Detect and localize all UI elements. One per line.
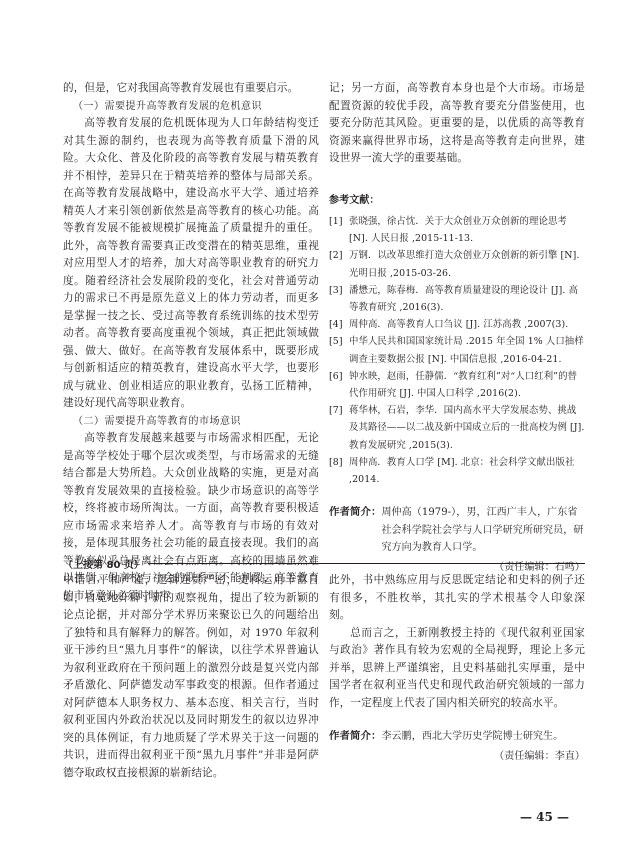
reference-item: [7]蒋华林，石岩，李华．国内高水平大学发展态势、挑战及其路径——以二战及新中国… bbox=[329, 402, 585, 454]
page-number: — 45 — bbox=[520, 810, 569, 824]
horizontal-rule bbox=[148, 563, 585, 564]
references-list: [1]张晓强，徐占忱．关于大众创业万众创新的理论思考 [N]. 人民日报 ,20… bbox=[329, 213, 585, 488]
body-paragraph: 高等教育发展的危机既体现为人口年龄结构变迁对其生源的制约，也表现为高等教育质量下… bbox=[63, 115, 319, 413]
reference-text: 万钢．以改革思维打造大众创业万众创新的新引擎 [N]. 光明日报 ,2015-0… bbox=[349, 250, 579, 278]
top-left-column: 的，但是，它对我国高等教育发展也有重要启示。 （一）需要提升高等教育发展的危机意… bbox=[63, 80, 319, 605]
responsible-editor: （责任编辑：李直） bbox=[329, 748, 585, 766]
reference-text: 蒋华林，石岩，李华．国内高水平大学发展态势、挑战及其路径——以二战及新中国成立后… bbox=[349, 405, 584, 450]
top-right-column: 记；另一方面，高等教育本身也是个大市场。市场是配置资源的较优手段，高等教育要充分… bbox=[329, 80, 585, 576]
reference-item: [5]中华人民共和国国家统计局 .2015 年全国 1% 人口抽样调查主要数据公… bbox=[329, 333, 585, 367]
section-subheading-crisis-awareness: （一）需要提升高等教育发展的危机意识 bbox=[63, 98, 319, 116]
reference-number: [3] bbox=[329, 282, 349, 299]
author-bio: 作者简介： 周仲高（1979-），男，江西广丰人，广东省社会科学院社会学与人口学… bbox=[329, 504, 585, 557]
body-paragraph: 此外，书中熟练应用与反思既定结论和史料的例子还有很多，不胜枚举，其扎实的学术根基… bbox=[329, 572, 585, 625]
reference-number: [8] bbox=[329, 454, 349, 471]
reference-item: [3]潘懋元，陈春梅．高等教育质量建设的理论设计 [J]. 高等教育研究 ,20… bbox=[329, 282, 585, 316]
author-bio-text: 李云鹏，西北大学历史学院博士研究生。 bbox=[381, 728, 585, 746]
references-heading: 参考文献： bbox=[329, 192, 585, 210]
continued-from-label: （上接第 80 页） bbox=[63, 556, 148, 571]
body-paragraph: 总而言之，王新刚教授主持的《现代叙利亚国家与政治》著作具有较为宏观的全局视野，理… bbox=[329, 625, 585, 713]
reference-text: 潘懋元，陈春梅．高等教育质量建设的理论设计 [J]. 高等教育研究 ,2016(… bbox=[349, 285, 578, 313]
reference-item: [6]钟水映，赵雨，任静儒．“教育红利”对“人口红利”的替代作用研究 [J]. … bbox=[329, 368, 585, 402]
body-paragraph: 中语言平和严谨，逻辑连贯严密，史料运用丰富自如，自觉地开辟了新的观察视角，提出了… bbox=[63, 572, 319, 782]
reference-number: [4] bbox=[329, 316, 349, 333]
reference-number: [1] bbox=[329, 213, 349, 230]
author-bio-label: 作者简介： bbox=[329, 504, 381, 557]
reference-item: [2]万钢．以改革思维打造大众创业万众创新的新引擎 [N]. 光明日报 ,201… bbox=[329, 247, 585, 281]
continuation-divider: （上接第 80 页） bbox=[63, 557, 585, 569]
reference-text: 钟水映，赵雨，任静儒．“教育红利”对“人口红利”的替代作用研究 [J]. 中国人… bbox=[349, 371, 577, 399]
reference-text: 周仲高．教育人口学 [M]. 北京：社会科学文献出版社 ,2014. bbox=[349, 457, 574, 485]
reference-text: 中华人民共和国国家统计局 .2015 年全国 1% 人口抽样调查主要数据公报 [… bbox=[349, 336, 584, 364]
author-bio-label: 作者简介： bbox=[329, 728, 381, 746]
reference-number: [2] bbox=[329, 247, 349, 264]
continued-paragraph: 记；另一方面，高等教育本身也是个大市场。市场是配置资源的较优手段，高等教育要充分… bbox=[329, 80, 585, 168]
continued-paragraph: 的，但是，它对我国高等教育发展也有重要启示。 bbox=[63, 80, 319, 98]
author-bio-text: 周仲高（1979-），男，江西广丰人，广东省社会科学院社会学与人口学研究所研究员… bbox=[381, 504, 585, 557]
reference-number: [7] bbox=[329, 402, 349, 419]
bottom-right-column: 此外，书中熟练应用与反思既定结论和史料的例子还有很多，不胜枚举，其扎实的学术根基… bbox=[329, 572, 585, 765]
reference-number: [6] bbox=[329, 368, 349, 385]
reference-number: [5] bbox=[329, 333, 349, 350]
section-subheading-market-awareness: （二）需要提升高等教育的市场意识 bbox=[63, 413, 319, 431]
author-bio: 作者简介： 李云鹏，西北大学历史学院博士研究生。 bbox=[329, 728, 585, 746]
reference-item: [8]周仲高．教育人口学 [M]. 北京：社会科学文献出版社 ,2014. bbox=[329, 454, 585, 488]
reference-item: [4]周仲高．高等教育人口刍议 [J]. 江苏高教 ,2007(3). bbox=[329, 316, 585, 333]
reference-text: 张晓强，徐占忱．关于大众创业万众创新的理论思考 [N]. 人民日报 ,2015-… bbox=[349, 216, 567, 244]
reference-item: [1]张晓强，徐占忱．关于大众创业万众创新的理论思考 [N]. 人民日报 ,20… bbox=[329, 213, 585, 247]
bottom-left-column: 中语言平和严谨，逻辑连贯严密，史料运用丰富自如，自觉地开辟了新的观察视角，提出了… bbox=[63, 572, 319, 782]
reference-text: 周仲高．高等教育人口刍议 [J]. 江苏高教 ,2007(3). bbox=[349, 319, 568, 330]
